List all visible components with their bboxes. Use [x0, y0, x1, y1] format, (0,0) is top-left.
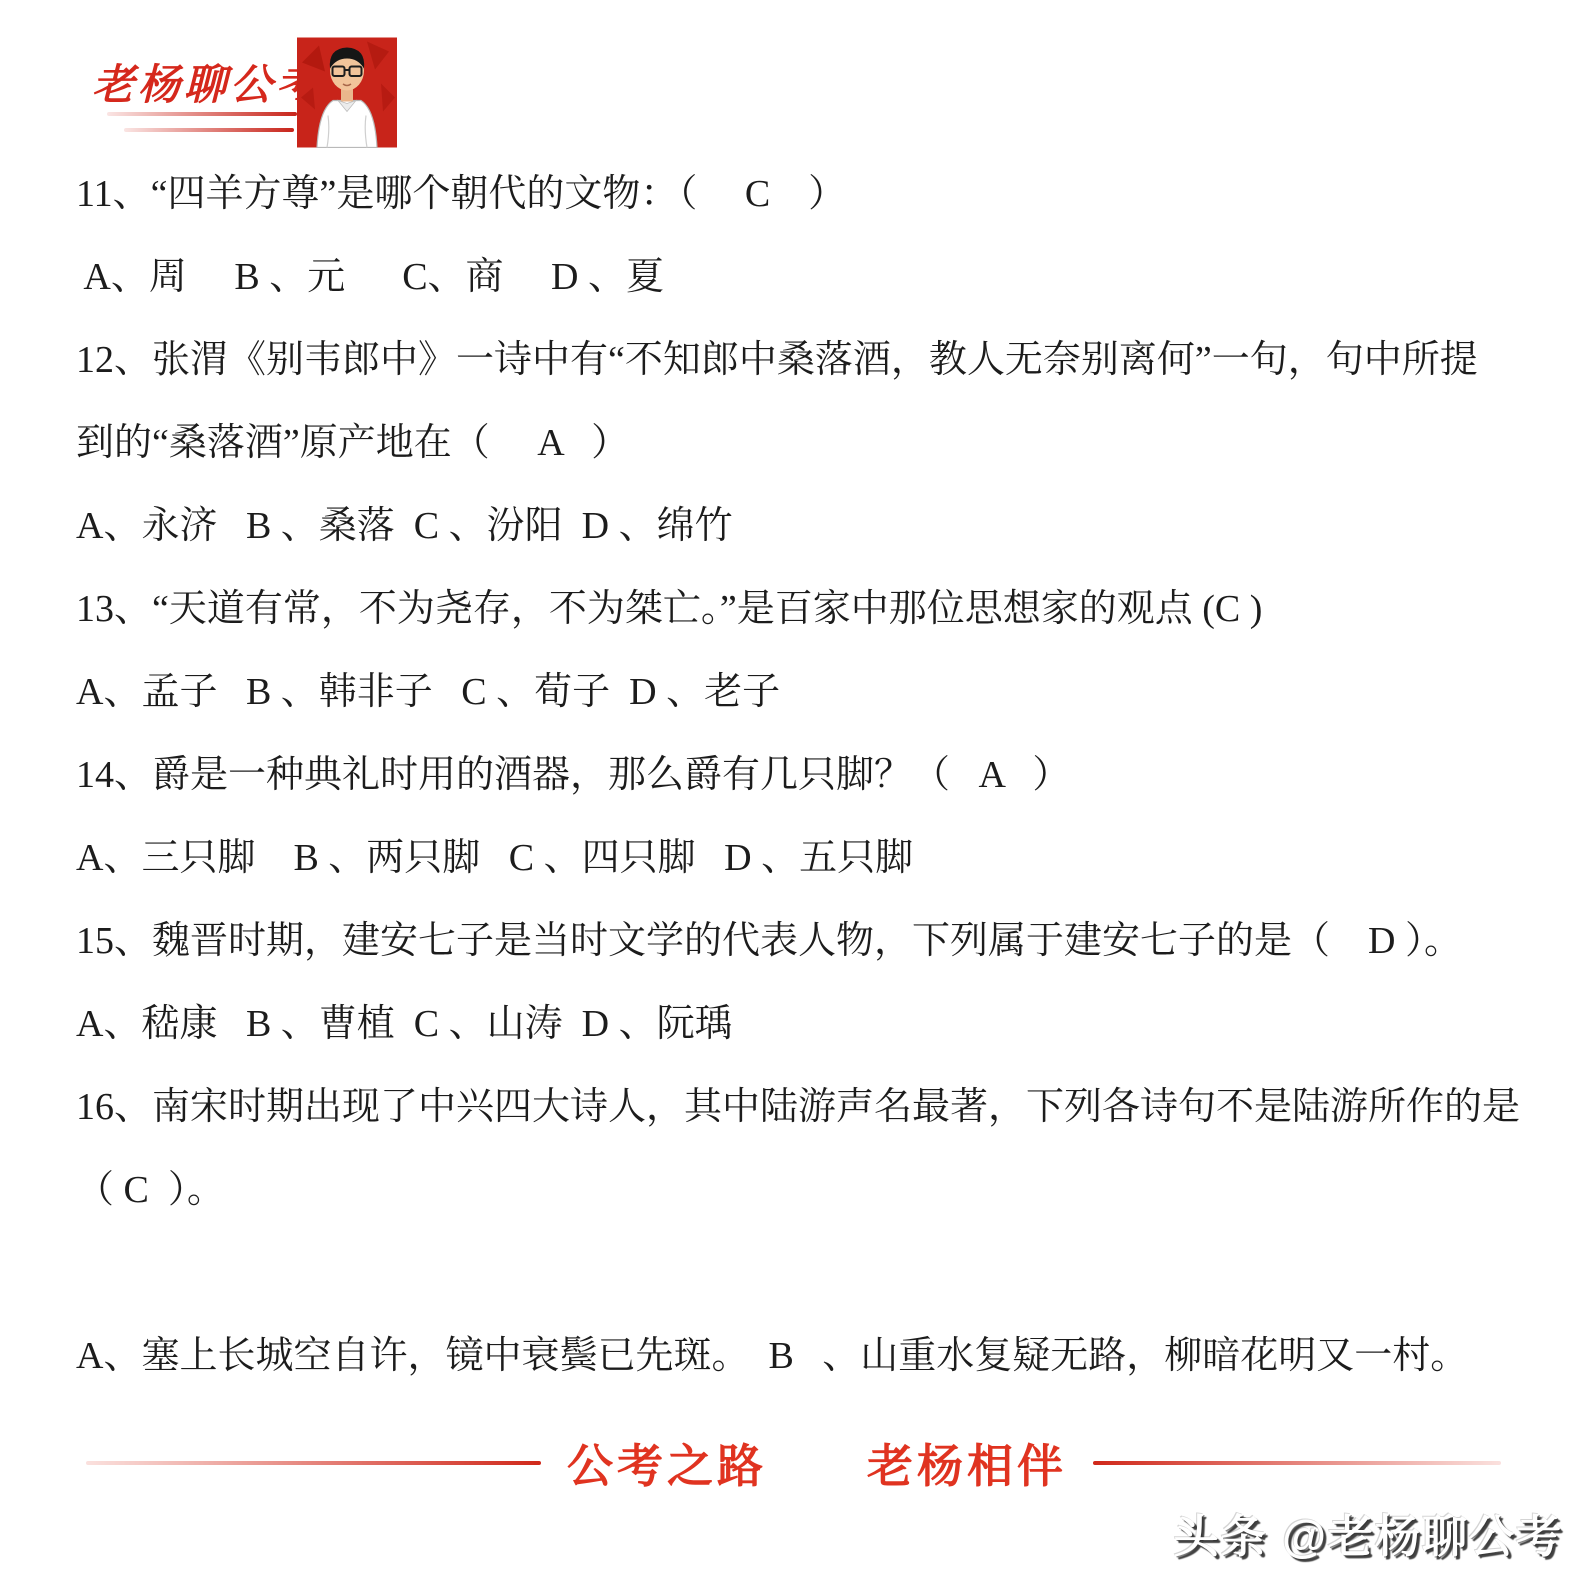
question-12-line-2: 到的“桑落酒”原产地在（ A ） — [76, 402, 1536, 485]
toutiao-watermark: 头条 @老杨聊公考 — [1174, 1500, 1563, 1565]
footer-rule-right — [1093, 1461, 1501, 1465]
question-16-line-2: （ C ）。 — [76, 1149, 1536, 1232]
footer-rule-left — [86, 1461, 541, 1465]
question-15-options: A、嵇康 B 、曹植 C 、山涛 D 、阮瑀 — [76, 983, 1536, 1066]
quiz-document: 11、“四羊方尊”是哪个朝代的文物：（ C ） A、周 B 、元 C、商 D 、… — [76, 153, 1536, 1398]
logo-underline-top — [107, 112, 297, 116]
question-14: 14、爵是一种典礼时用的酒器，那么爵有几只脚？（ A ） — [76, 734, 1536, 817]
question-14-options: A、三只脚 B 、两只脚 C 、四只脚 D 、五只脚 — [76, 817, 1536, 900]
question-11: 11、“四羊方尊”是哪个朝代的文物：（ C ） — [76, 153, 1536, 236]
brand-logo-text: 老杨聊公考 — [92, 52, 322, 112]
question-15: 15、魏晋时期，建安七子是当时文学的代表人物，下列属于建安七子的是（ D ）。 — [76, 900, 1536, 983]
question-13-options: A、孟子 B 、韩非子 C 、荀子 D 、老子 — [76, 651, 1536, 734]
footer-slogan: 公考之路 老杨相伴 — [567, 1430, 1067, 1496]
question-16-options: A、塞上长城空自许，镜中衰鬓已先斑。 B 、山重水复疑无路，柳暗花明又一村。 — [76, 1315, 1536, 1398]
question-13: 13、“天道有常，不为尧存，不为桀亡。”是百家中那位思想家的观点 (C ) — [76, 568, 1536, 651]
question-16-line-1: 16、南宋时期出现了中兴四大诗人，其中陆游声名最著，下列各诗句不是陆游所作的是 — [76, 1066, 1536, 1149]
logo-underline-bottom — [124, 128, 294, 132]
lao-yang-avatar-icon — [297, 37, 397, 148]
question-12-options: A、永济 B 、桑落 C 、汾阳 D 、绵竹 — [76, 485, 1536, 568]
question-12-line-1: 12、张渭《别韦郎中》一诗中有“不知郎中桑落酒，教人无奈别离何”一句，句中所提 — [76, 319, 1536, 402]
page-header: 老杨聊公考 — [0, 0, 1587, 160]
footer-slogan-bar: 公考之路 老杨相伴 — [0, 1438, 1587, 1488]
question-11-options: A、周 B 、元 C、商 D 、夏 — [76, 236, 1536, 319]
